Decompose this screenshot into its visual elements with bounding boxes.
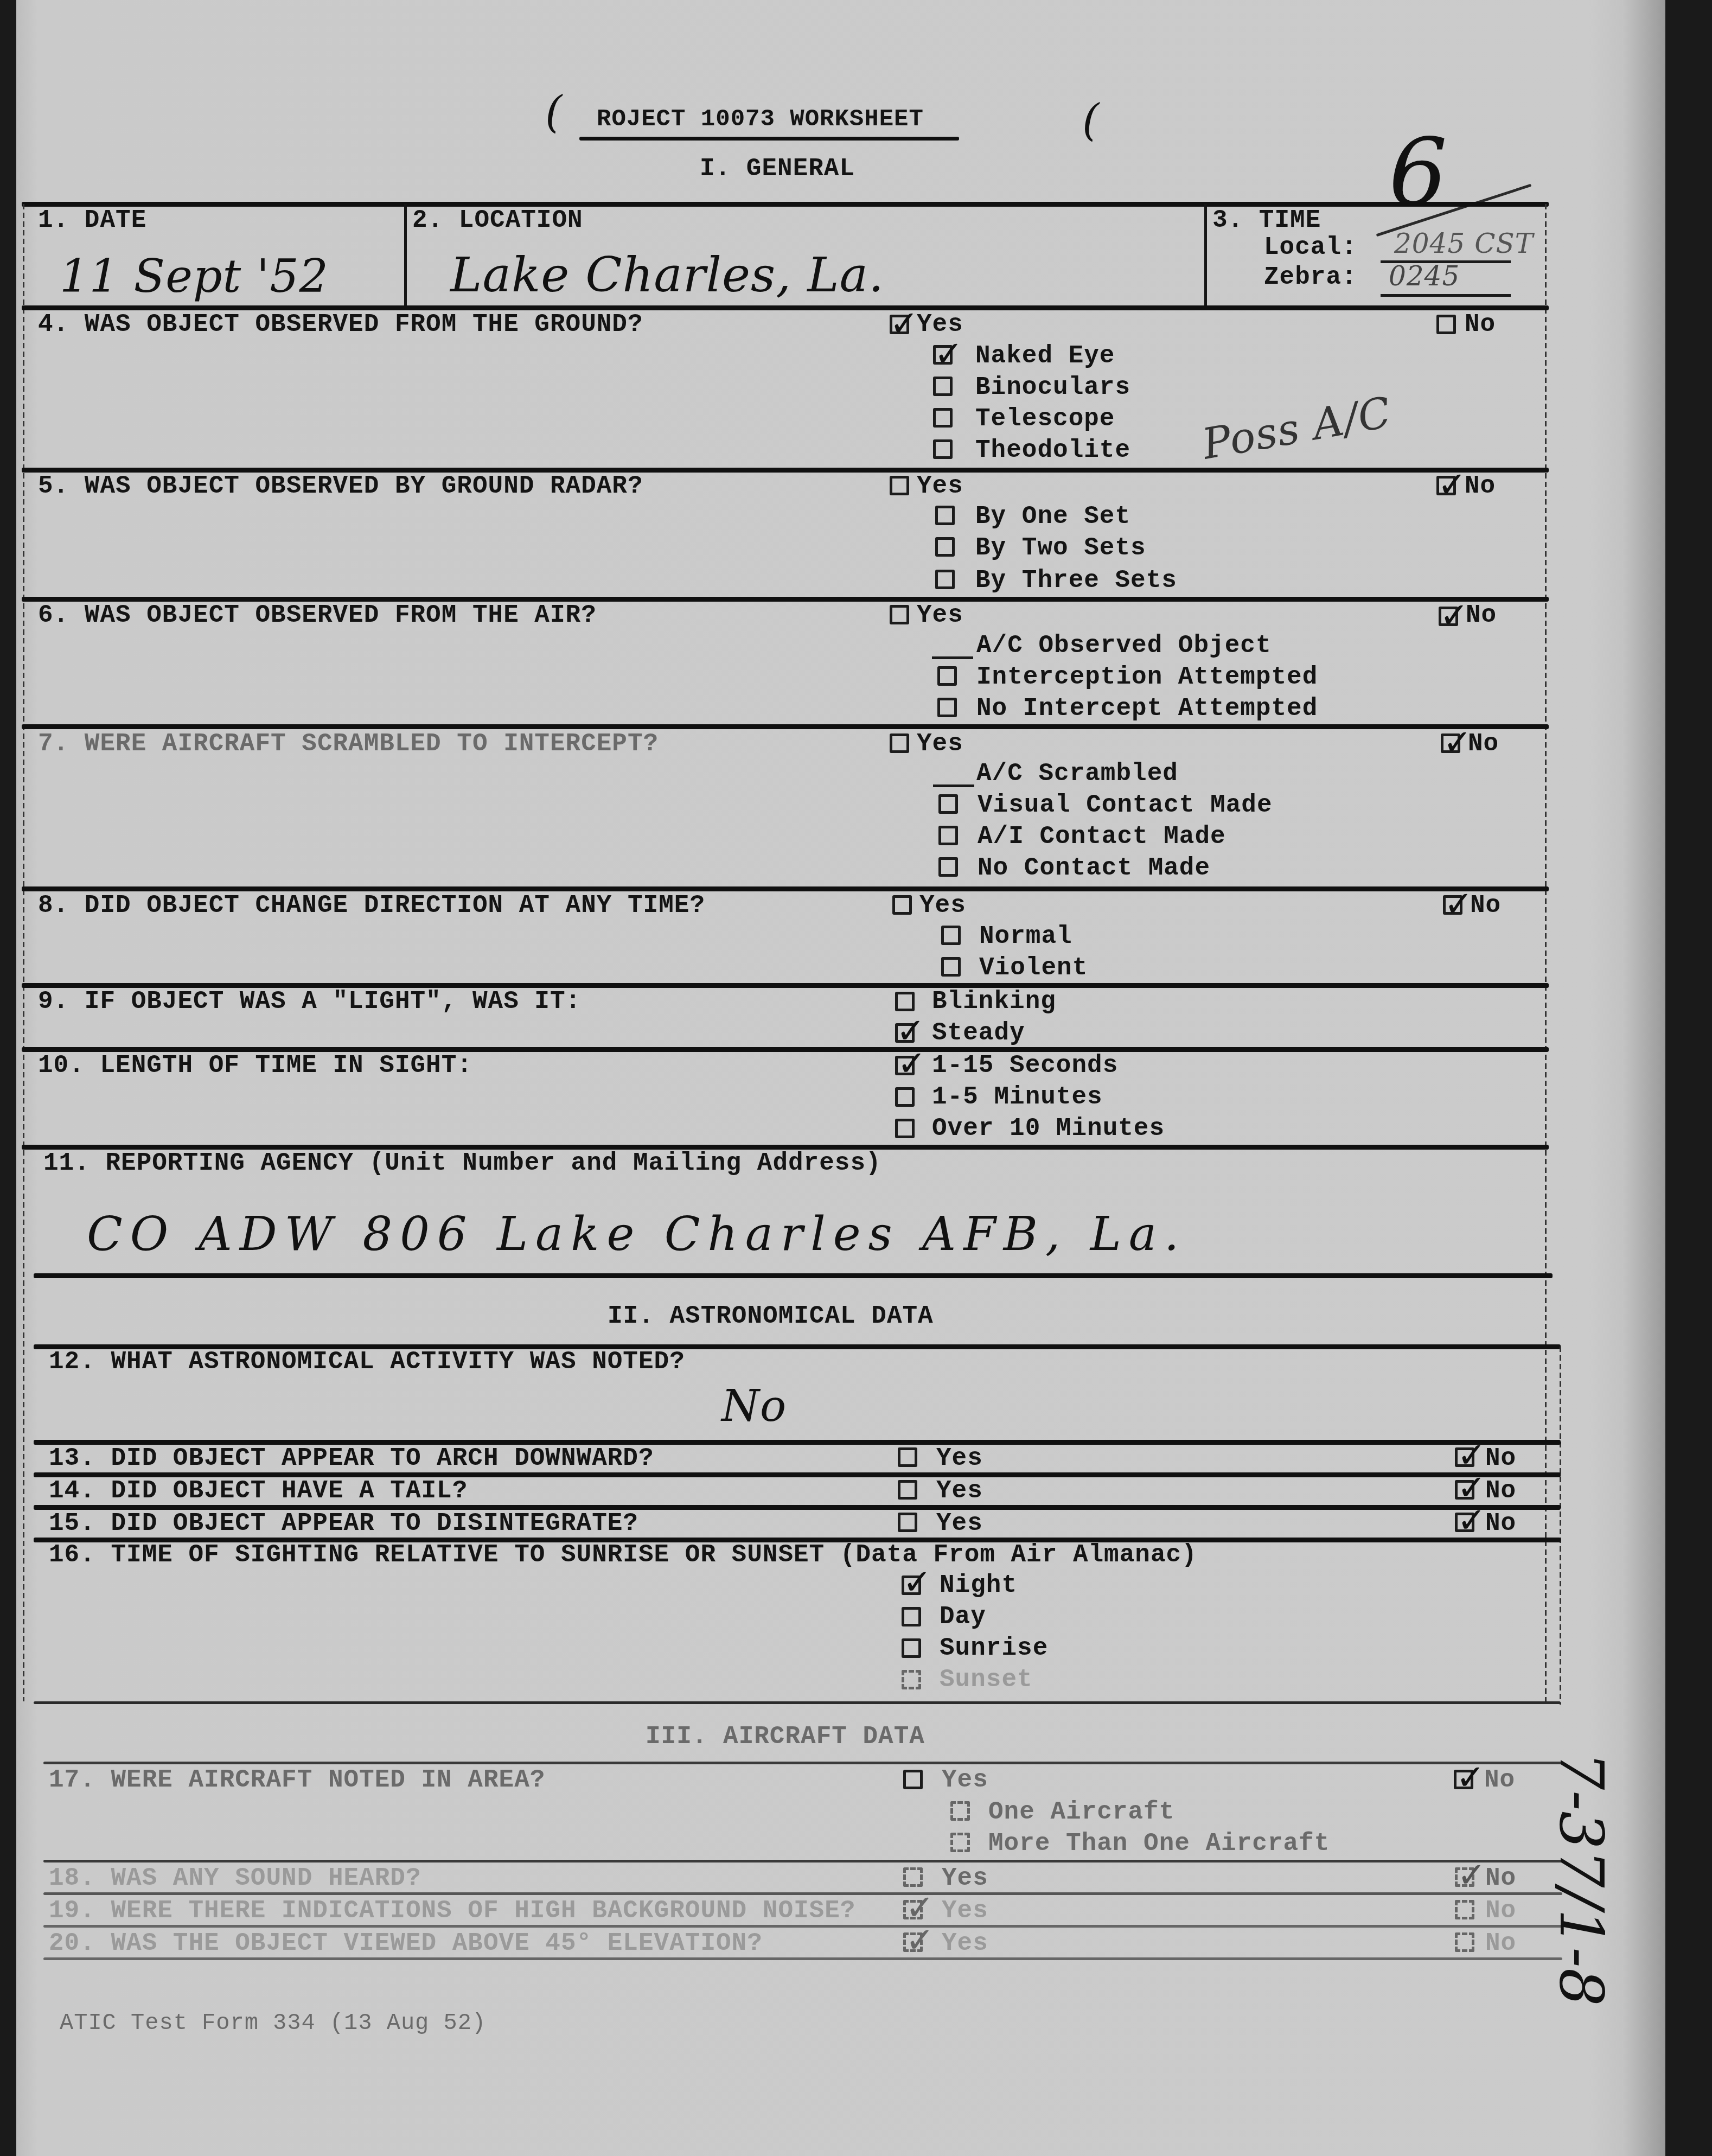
- q10-label: 10. LENGTH OF TIME IN SIGHT:: [38, 1051, 472, 1080]
- q10-over-10-minutes-label: Over 10 Minutes: [932, 1114, 1165, 1143]
- q18-no-label: No: [1485, 1864, 1516, 1892]
- q8-normal-checkbox[interactable]: [941, 926, 961, 945]
- q5-three-sets-checkbox[interactable]: [935, 570, 955, 589]
- q6-ac-observed-blank[interactable]: [932, 656, 973, 659]
- q13-yes-checkbox[interactable]: [898, 1447, 917, 1467]
- row-divider: [43, 1860, 1562, 1862]
- q19-no-label: No: [1485, 1897, 1516, 1925]
- q12-label: 12. WHAT ASTRONOMICAL ACTIVITY WAS NOTED…: [49, 1348, 685, 1376]
- row-divider: [22, 305, 1549, 310]
- title-underline: [579, 137, 959, 141]
- q9-steady-label: Steady: [932, 1019, 1025, 1047]
- q4-naked-eye-label: Naked Eye: [975, 342, 1115, 370]
- q6-no-label: No: [1466, 601, 1497, 629]
- q10-1-5-minutes-checkbox[interactable]: [895, 1087, 915, 1107]
- q9-blinking-checkbox[interactable]: [895, 992, 915, 1011]
- row-divider: [22, 886, 1549, 891]
- row-divider: [34, 1273, 1553, 1278]
- time-local-label: Local:: [1264, 233, 1357, 261]
- q6-yes-checkbox[interactable]: [890, 605, 909, 624]
- col-divider: [404, 204, 407, 307]
- q16-sunset-label: Sunset: [940, 1666, 1033, 1694]
- q4-binoculars-checkbox[interactable]: [933, 377, 953, 396]
- q17-one-aircraft-label: One Aircraft: [988, 1798, 1174, 1826]
- q10-1-15-seconds-label: 1-15 Seconds: [932, 1051, 1118, 1080]
- q4-no-checkbox[interactable]: [1436, 315, 1456, 334]
- row-divider: [43, 1762, 1562, 1764]
- date-label: 1. DATE: [38, 206, 146, 234]
- checkmark-icon: ✓: [934, 334, 963, 374]
- q7-ai-contact-checkbox[interactable]: [938, 826, 958, 845]
- location-value[interactable]: Lake Charles, La.: [450, 247, 884, 303]
- q8-violent-checkbox[interactable]: [941, 957, 961, 977]
- q8-violent-label: Violent: [979, 954, 1088, 982]
- q4-telescope-label: Telescope: [975, 405, 1115, 433]
- q13-no-label: No: [1485, 1444, 1516, 1472]
- col-divider: [1204, 204, 1207, 307]
- q10-1-5-minutes-label: 1-5 Minutes: [932, 1083, 1103, 1111]
- q14-yes-label: Yes: [936, 1477, 983, 1505]
- q19-label: 19. WERE THERE INDICATIONS OF HIGH BACKG…: [49, 1897, 855, 1925]
- q5-label: 5. WAS OBJECT OBSERVED BY GROUND RADAR?: [38, 472, 643, 500]
- page-number-handwritten: 6: [1389, 119, 1448, 227]
- q20-yes-label: Yes: [942, 1929, 988, 1957]
- q7-visual-contact-label: Visual Contact Made: [978, 791, 1273, 819]
- q8-yes-label: Yes: [919, 891, 966, 920]
- q18-yes-label: Yes: [942, 1864, 988, 1892]
- side-handwritten-annotation: 7-37/1-8: [1547, 1752, 1616, 2006]
- q16-label: 16. TIME OF SIGHTING RELATIVE TO SUNRISE…: [49, 1541, 1197, 1569]
- row-divider: [22, 724, 1549, 729]
- q5-two-sets-checkbox[interactable]: [935, 537, 955, 557]
- q6-interception-attempted-checkbox[interactable]: [937, 666, 957, 686]
- table-left-border: [23, 204, 24, 1701]
- checkmark-icon: ✓: [1440, 596, 1469, 636]
- q17-one-aircraft-checkbox[interactable]: [950, 1801, 970, 1821]
- time-zebra-value[interactable]: 0245: [1389, 260, 1460, 292]
- q4-label: 4. WAS OBJECT OBSERVED FROM THE GROUND?: [38, 310, 643, 339]
- q9-blinking-label: Blinking: [932, 987, 1056, 1016]
- q7-label: 7. WERE AIRCRAFT SCRAMBLED TO INTERCEPT?: [38, 730, 659, 758]
- q5-two-sets-label: By Two Sets: [975, 534, 1146, 562]
- q5-yes-label: Yes: [917, 472, 963, 500]
- checkmark-icon: ✓: [1444, 884, 1473, 924]
- q5-one-set-label: By One Set: [975, 502, 1130, 531]
- date-value[interactable]: 11 Sept '52: [60, 250, 329, 303]
- form-footer: ATIC Test Form 334 (13 Aug 52): [60, 2010, 486, 2036]
- q16-sunrise-label: Sunrise: [940, 1634, 1048, 1662]
- q8-normal-label: Normal: [979, 922, 1072, 951]
- q8-no-label: No: [1470, 891, 1501, 920]
- row-divider: [43, 1892, 1562, 1895]
- q7-no-label: No: [1468, 730, 1499, 758]
- checkmark-icon: ✓: [903, 1562, 932, 1603]
- q16-day-label: Day: [940, 1603, 986, 1631]
- time-zebra-underline: [1381, 294, 1511, 297]
- q4-no-label: No: [1465, 310, 1496, 339]
- q20-label: 20. WAS THE OBJECT VIEWED ABOVE 45° ELEV…: [49, 1929, 763, 1957]
- row-divider: [34, 1701, 1561, 1704]
- q17-more-aircraft-label: More Than One Aircraft: [988, 1829, 1330, 1858]
- reporting-agency-value[interactable]: CO ADW 806 Lake Charles AFB, La.: [87, 1207, 1186, 1261]
- q5-three-sets-label: By Three Sets: [975, 566, 1177, 595]
- bracket-mark-left: (: [545, 87, 563, 137]
- q13-yes-label: Yes: [936, 1444, 983, 1472]
- q15-yes-checkbox[interactable]: [898, 1513, 917, 1532]
- q18-yes-checkbox[interactable]: [903, 1867, 923, 1887]
- q7-ai-contact-label: A/I Contact Made: [978, 822, 1226, 851]
- q6-interception-attempted-label: Interception Attempted: [976, 663, 1318, 691]
- q7-no-contact-checkbox[interactable]: [938, 857, 958, 877]
- checkmark-icon: ✓: [1438, 465, 1467, 505]
- checkmark-icon: ✓: [1457, 1501, 1486, 1541]
- q15-yes-label: Yes: [936, 1509, 983, 1538]
- q5-one-set-checkbox[interactable]: [935, 506, 955, 525]
- q10-over-10-minutes-checkbox[interactable]: [895, 1119, 915, 1138]
- q7-no-contact-label: No Contact Made: [978, 854, 1210, 882]
- time-zebra-label: Zebra:: [1264, 263, 1357, 291]
- table-right-border: [1560, 1347, 1561, 1705]
- q17-yes-label: Yes: [942, 1766, 988, 1794]
- section-astronomical-heading: II. ASTRONOMICAL DATA: [608, 1302, 934, 1330]
- row-divider: [43, 1925, 1562, 1928]
- q16-sunrise-checkbox[interactable]: [902, 1638, 921, 1658]
- q6-ac-observed-label: A/C Observed Object: [976, 632, 1272, 660]
- location-label: 2. LOCATION: [412, 206, 583, 234]
- q8-yes-checkbox[interactable]: [892, 895, 912, 915]
- q16-day-checkbox[interactable]: [902, 1607, 921, 1626]
- q19-no-checkbox[interactable]: [1455, 1900, 1474, 1919]
- q7-yes-checkbox[interactable]: [890, 733, 909, 753]
- q7-visual-contact-checkbox[interactable]: [938, 794, 958, 814]
- section-general-heading: I. GENERAL: [700, 155, 855, 183]
- page-edge-shadow: [1622, 0, 1665, 2156]
- q4-telescope-checkbox[interactable]: [933, 408, 953, 428]
- row-divider: [43, 1957, 1562, 1960]
- q8-label: 8. DID OBJECT CHANGE DIRECTION AT ANY TI…: [38, 891, 705, 920]
- checkmark-icon: ✓: [1456, 1758, 1485, 1798]
- q17-no-label: No: [1484, 1766, 1515, 1794]
- q5-no-label: No: [1465, 472, 1496, 500]
- checkmark-icon: ✓: [897, 1044, 927, 1084]
- q14-yes-checkbox[interactable]: [898, 1480, 917, 1500]
- q20-no-checkbox[interactable]: [1455, 1932, 1474, 1952]
- q14-label: 14. DID OBJECT HAVE A TAIL?: [49, 1477, 468, 1505]
- q19-yes-label: Yes: [942, 1897, 988, 1925]
- q20-no-label: No: [1485, 1929, 1516, 1957]
- q9-label: 9. IF OBJECT WAS A "LIGHT", WAS IT:: [38, 987, 581, 1016]
- q7-ac-scrambled-blank[interactable]: [933, 784, 974, 787]
- q6-yes-label: Yes: [917, 601, 963, 629]
- checkmark-icon: ✓: [1457, 1855, 1486, 1896]
- q4-theodolite-label: Theodolite: [975, 436, 1130, 464]
- q17-yes-checkbox[interactable]: [903, 1770, 923, 1789]
- q11-label: 11. REPORTING AGENCY (Unit Number and Ma…: [43, 1149, 881, 1177]
- form-title: ROJECT 10073 WORKSHEET: [597, 106, 924, 133]
- q15-label: 15. DID OBJECT APPEAR TO DISINTEGRATE?: [49, 1509, 638, 1538]
- q17-label: 17. WERE AIRCRAFT NOTED IN AREA?: [49, 1766, 545, 1794]
- q14-no-label: No: [1485, 1477, 1516, 1505]
- q6-no-intercept-label: No Intercept Attempted: [976, 694, 1318, 723]
- q16-night-label: Night: [940, 1571, 1017, 1599]
- bracket-mark-right: (: [1082, 95, 1100, 145]
- astronomical-activity-value[interactable]: No: [721, 1381, 787, 1431]
- q13-label: 13. DID OBJECT APPEAR TO ARCH DOWNWARD?: [49, 1444, 654, 1472]
- q17-more-aircraft-checkbox[interactable]: [950, 1833, 970, 1852]
- q4-theodolite-checkbox[interactable]: [933, 439, 953, 459]
- section-aircraft-heading: III. AIRCRAFT DATA: [646, 1723, 925, 1751]
- checkmark-icon: ✓: [905, 1921, 935, 1961]
- time-local-value[interactable]: 2045 CST: [1394, 228, 1534, 259]
- q6-label: 6. WAS OBJECT OBSERVED FROM THE AIR?: [38, 601, 597, 629]
- q5-yes-checkbox[interactable]: [890, 476, 909, 495]
- q15-no-label: No: [1485, 1509, 1516, 1538]
- time-label: 3. TIME: [1212, 206, 1321, 234]
- q18-label: 18. WAS ANY SOUND HEARD?: [49, 1864, 421, 1892]
- q7-ac-scrambled-label: A/C Scrambled: [976, 760, 1178, 788]
- q16-sunset-checkbox[interactable]: [902, 1670, 921, 1689]
- checkmark-icon: ✓: [890, 304, 919, 344]
- q4-binoculars-label: Binoculars: [975, 373, 1130, 401]
- q7-yes-label: Yes: [917, 730, 963, 758]
- q6-no-intercept-checkbox[interactable]: [937, 698, 957, 717]
